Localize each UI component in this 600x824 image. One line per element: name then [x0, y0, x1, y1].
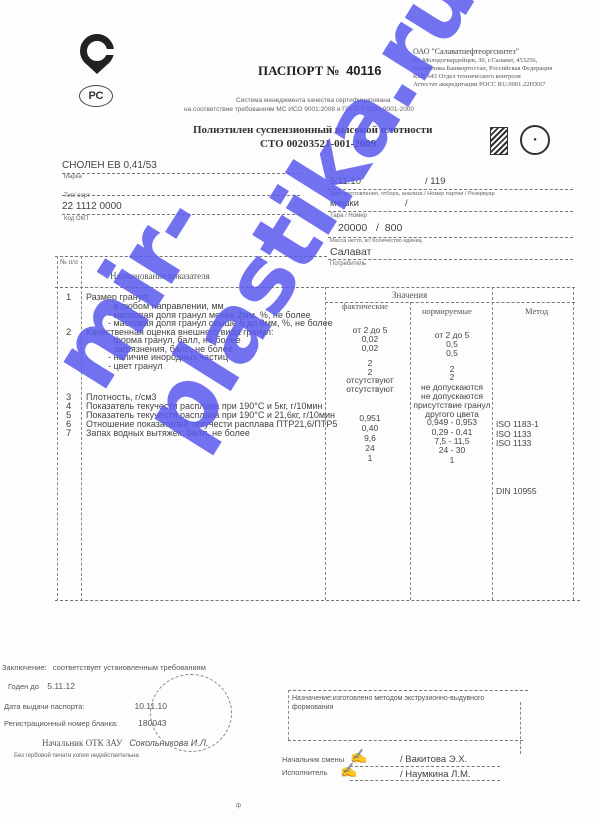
official-stamp	[150, 674, 232, 752]
seal-note: Без гербовой печати копия недействительн…	[14, 753, 139, 759]
actual-value: 24	[340, 443, 400, 453]
method-value: ISO 1183-1	[496, 419, 539, 429]
norm-value: 0,949 - 0,953	[412, 417, 492, 427]
rst-mark-icon: РС	[79, 85, 113, 107]
actual-value: 0,40	[340, 423, 400, 433]
valid-until: Годен до 5.11.12	[8, 681, 75, 691]
shift-head-name: / Вакитова Э.Х.	[400, 754, 467, 765]
unit-count: / 800	[376, 222, 402, 234]
row-number: 7	[66, 428, 71, 439]
col-norm-header: нормируемые	[422, 306, 472, 316]
col-actual-header: фактические	[342, 301, 388, 311]
norm-value: 24 - 30	[412, 445, 492, 455]
okp-value: 22 1112 0000	[62, 201, 122, 212]
page-mark: ф	[236, 803, 241, 809]
seal-ribbon-icon	[84, 62, 110, 74]
col-method-header: Метод	[525, 306, 548, 316]
registration-number: Регистрационный номер бланка:180043	[4, 718, 167, 728]
executor-label: Исполнитель	[282, 768, 327, 777]
passport-document: РС ● ПАСПОРТ № 40116 ОАО "Салаватнефтеор…	[0, 0, 600, 824]
actual-value: 0,951	[340, 413, 400, 423]
shift-head-label: Начальник смены	[282, 755, 344, 764]
method-value: DIN 10955	[496, 486, 537, 496]
okp-label: Код ОКП	[64, 216, 88, 222]
col-num-header: № п/п	[60, 258, 80, 266]
quality-mark-icon	[490, 127, 508, 155]
conclusion: Заключение: соответствует установленным …	[2, 663, 206, 672]
batch-number: / 119	[425, 176, 445, 187]
norm-value: 0,5	[412, 348, 492, 358]
method-value: ISO 1133	[496, 438, 531, 448]
actual-value: отсутствуют	[340, 384, 400, 394]
col-values-header: Значения	[392, 290, 427, 300]
actual-value: 0,02	[340, 343, 400, 353]
signature-icon: ✍	[340, 762, 357, 779]
norm-value: 2	[412, 372, 492, 382]
brand-label: Марка	[64, 174, 82, 180]
actual-value: 9,6	[340, 433, 400, 443]
issue-date: Дата выдачи паспорта:10.11.10	[4, 701, 167, 711]
norm-value: 1	[412, 455, 492, 465]
certificate-circle-icon: ●	[520, 125, 550, 155]
actual-value: 1	[340, 453, 400, 463]
purpose-note: Назначение:изготовлено методом экструзио…	[292, 694, 512, 712]
type-label: Тип/ сорт	[64, 193, 90, 199]
executor-name: / Наумкина Л.М.	[400, 769, 471, 780]
